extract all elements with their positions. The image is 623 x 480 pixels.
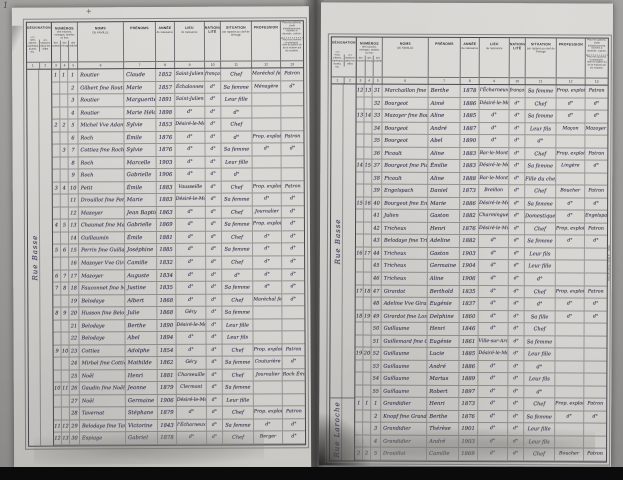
header-situation: SITUATION par rapport au chef de ménage … [221, 22, 252, 68]
cell-an: 1876 [157, 144, 176, 157]
cell-prof [555, 361, 584, 374]
cell-pos [584, 436, 606, 449]
cell-m: 12 [357, 85, 365, 98]
cell-pos: Patron [584, 399, 606, 412]
cell-m [356, 135, 364, 148]
cell-lieu: l'Écharneux [177, 420, 207, 433]
cell-lieu: Charseuille [177, 370, 207, 383]
cell-n: 43 [372, 235, 382, 248]
cell-nat: d° [508, 348, 524, 361]
cell-pos: d° [282, 294, 304, 307]
cell-prof: d° [253, 244, 282, 257]
cell-pos: d° [585, 299, 607, 312]
cell-nom: Cottiez [80, 345, 126, 358]
cell-pre: Abel [428, 135, 460, 148]
cell-an: 1890 [460, 135, 479, 148]
cell-lieu: d° [479, 135, 509, 148]
cell-h [61, 232, 69, 245]
cell-pre: Aline [428, 173, 460, 186]
cell-m [355, 360, 363, 373]
cell-lieu: Désiré-le-Mont [176, 319, 206, 332]
cell-m [355, 373, 363, 386]
page-marker-left: 1 [3, 1, 8, 10]
cell-m [53, 333, 61, 346]
cell-n: 49 [372, 310, 382, 323]
cell-pos [281, 118, 303, 131]
cell-prof [555, 386, 584, 399]
cell-prof: Maçon [556, 123, 585, 136]
cell-n: 9 [69, 170, 79, 183]
cell-h: 14 [364, 110, 372, 123]
cell-m [53, 170, 61, 183]
cell-an: 1873 [460, 185, 479, 198]
cell-nom: Belodaye fme Tavernat [80, 420, 126, 433]
cell-m [356, 260, 364, 273]
cell-nat: d° [508, 411, 524, 424]
cell-an: 1876 [156, 132, 175, 145]
cell-lieu: d° [479, 248, 509, 261]
census-row: 121330EspiageGabriel1878d°d°ChefBergerd° [54, 432, 305, 446]
cell-nat: d° [205, 119, 221, 132]
cell-lieu: d° [479, 260, 509, 273]
lieu-sub: de naissance [480, 47, 509, 50]
cell-an: 1854 [158, 345, 177, 358]
cell-m [356, 210, 364, 223]
cell-nom: Guillaume [381, 373, 427, 386]
cell-prof: Berger [254, 432, 283, 445]
cell-lieu: Désiré-le-Mont [479, 198, 509, 211]
cell-pre: Émilie [428, 160, 460, 173]
cell-pre: Daniel [428, 185, 460, 198]
cell-h: 4 [61, 182, 69, 195]
census-row: 192052GuillaumeLucie1885Désiré-le-Montd°… [355, 348, 606, 362]
census-row: 111GrandidierHenri1873d°d°ChefProp. expl… [355, 398, 606, 412]
cell-an: 1869 [157, 219, 176, 232]
cell-an: 1890 [157, 320, 176, 333]
cell-nom: Noël [80, 370, 126, 383]
census-page-left: DÉSIGNATION des rues, places, hameaux, é… [12, 6, 311, 469]
cell-nom: Picault [382, 172, 428, 185]
cell-nom: Girardot fme Longbout [382, 310, 428, 323]
cell-lieu: Échalonnes [175, 81, 205, 94]
cell-nom: Perrin fme Guillaumin [79, 245, 125, 258]
cell-an: 1846 [460, 323, 479, 336]
cell-sit: Sa femme [525, 336, 556, 349]
cell-lieu: d° [177, 344, 207, 357]
cell-sit: d° [524, 361, 555, 374]
cell-nat: d° [207, 432, 223, 445]
cell-pre: Aline [428, 110, 460, 123]
cell-an: 1832 [157, 257, 176, 270]
census-row: 48Adeline Vve GirardotEugénie1837d°d°d°d… [356, 298, 607, 312]
cell-nom: Guillaume [381, 385, 427, 398]
cell-prof [252, 106, 281, 119]
cell-sit: Chef [223, 344, 254, 357]
cell-lieu: d° [176, 207, 206, 220]
cell-an: 1881 [158, 370, 177, 383]
cell-an: 1861 [460, 336, 479, 349]
cell-pre: Germaine [428, 260, 460, 273]
cell-nat: française [510, 85, 526, 98]
census-row: 35BourgeotAbel1890d°d°d° [356, 135, 607, 149]
cell-n: 12 [69, 207, 79, 220]
cell-prof: Prop. exploitant [556, 148, 585, 161]
cell-prof [556, 336, 585, 349]
cell-m [356, 185, 364, 198]
col-number: 9 [175, 61, 204, 68]
census-row: 53GuillaumeAndré1886d°d°d° [355, 360, 606, 374]
cell-pos [585, 324, 607, 337]
cell-m [53, 257, 61, 270]
cell-h: 3 [61, 145, 69, 158]
cell-pre: Julie [125, 307, 157, 320]
annee-sub: de naissance [461, 47, 479, 50]
cell-an: 1891 [156, 94, 175, 107]
col-number: 13 [281, 60, 303, 67]
cell-pos: d° [585, 111, 607, 124]
cell-nom: Michel Vve Adam [78, 119, 124, 132]
cell-nom: Husson fme Belodaye [79, 307, 125, 320]
cell-n: 39 [372, 185, 382, 198]
cell-an: 1882 [460, 235, 479, 248]
cell-n: 52 [371, 348, 381, 361]
cell-nom: Mazoyer [79, 270, 125, 283]
lieu-sub: de naissance [175, 31, 204, 34]
cell-an: 1857 [156, 81, 175, 94]
cell-lieu: l'Écharneux [480, 85, 510, 98]
annee-title: ANNÉE [461, 38, 479, 46]
cell-h: 5 [61, 220, 69, 233]
cell-pre: Gabrielle [125, 169, 157, 182]
cell-nom: Belodaye [79, 332, 125, 345]
cell-n: 15 [69, 245, 79, 258]
cell-an: 1882 [460, 210, 479, 223]
cell-h: 13 [62, 433, 70, 446]
cell-n: 16 [69, 257, 79, 270]
position-note-1: Pour les patrons, chefs d'établissement,… [586, 39, 608, 54]
cell-prof [555, 436, 584, 449]
cell-prof [556, 136, 585, 149]
cell-pre: Henri [428, 223, 460, 236]
col-number: 5 [69, 61, 77, 68]
cell-sit: Sa femme [223, 419, 254, 432]
profession-title: PROFESSION [557, 38, 585, 46]
cell-m [53, 295, 61, 308]
cell-lieu: d° [176, 244, 206, 257]
cell-nom: Bourgeot fme Picault [382, 160, 428, 173]
census-row: 121331Marchaillon fme EspiageBerthe1878l… [357, 85, 608, 99]
cell-an: 1889 [459, 373, 478, 386]
cell-prof: Prop. exploitant [253, 181, 282, 194]
cell-lieu: Désiré-le-Mont [480, 98, 510, 111]
cell-n: 44 [372, 247, 382, 260]
cell-prof [253, 332, 282, 345]
cell-pre: Marius [427, 373, 459, 386]
col-number: 13 [586, 78, 608, 85]
cell-h [364, 210, 372, 223]
cell-m [52, 82, 60, 95]
cell-nom: Bourgeot [383, 97, 429, 110]
cell-pre: Aline [428, 147, 460, 160]
cell-nom: Belodaye [79, 295, 125, 308]
col-number: 1 [332, 77, 344, 83]
cell-nat: d° [206, 257, 222, 270]
col-number: 3 [357, 77, 365, 84]
cell-prof: d° [253, 231, 282, 244]
col-number: 4 [365, 77, 373, 84]
cell-nat: d° [509, 248, 525, 261]
header-lieu: LIEU de naissance 9 [175, 22, 205, 68]
cell-sit: Chef [221, 69, 252, 82]
cell-sit: Leur fille [221, 94, 252, 107]
cell-nom: Julien [382, 210, 428, 223]
cell-an: 1885 [459, 348, 478, 361]
cell-prof: d° [556, 211, 585, 224]
cell-lieu: Géry [177, 357, 207, 370]
cell-h [364, 185, 372, 198]
cell-pre: André [427, 361, 459, 374]
cell-pos: Roch Émile [283, 369, 305, 382]
cell-an: 1901 [459, 423, 478, 436]
cell-nom: Mirbel fme Cottiez [80, 357, 126, 370]
cell-pos: d° [586, 98, 608, 111]
cell-m: 11 [54, 420, 62, 433]
cell-pre: Marcelle [125, 157, 157, 170]
cell-nom: Roch [79, 169, 125, 182]
cell-pre: Adolphe [126, 345, 158, 358]
cell-prof: Journalier [253, 206, 282, 219]
cell-pos: Patron [585, 186, 607, 199]
cell-lieu: d° [176, 169, 206, 182]
cell-lieu: d° [175, 106, 205, 119]
cell-sit: d° [525, 298, 556, 311]
cell-m [53, 207, 61, 220]
cell-sit: d° [525, 135, 556, 148]
cell-nat: d° [206, 282, 222, 295]
cell-m [53, 145, 61, 158]
cell-an: 1852 [156, 69, 175, 82]
census-row: 42TricheuxHenri1876Désiré-le-Montd°ChefP… [356, 222, 607, 236]
cell-lieu: d° [176, 282, 206, 295]
cell-pos: d° [282, 231, 304, 244]
street-label: Rue Basse [334, 218, 342, 264]
cell-h [364, 147, 372, 160]
cell-nat: d° [207, 420, 223, 433]
cell-h: 2 [60, 120, 68, 133]
cell-an: 1906 [460, 273, 479, 286]
col-number: 8 [156, 61, 174, 68]
cell-nat: d° [509, 311, 525, 324]
cell-lieu: d° [479, 298, 509, 311]
cell-sit: Leur fille [222, 156, 253, 169]
census-row: 2Knopf fme GrandidierBerthe1876d°d°Sa fe… [355, 410, 606, 424]
cell-h: 9 [61, 308, 69, 321]
annee-sub: de naissance [156, 31, 174, 34]
cell-m [356, 222, 364, 235]
cell-h [364, 335, 372, 348]
cell-nat: d° [205, 106, 221, 119]
table-header: NUMÉROS des maisons, ménages, familles o… [357, 38, 608, 86]
cell-h: 13 [365, 85, 373, 98]
cell-prof [252, 93, 281, 106]
cell-lieu: d° [478, 448, 508, 461]
cell-pre: Berthe [427, 411, 459, 424]
cell-lieu: Désiré-le-Mont [479, 160, 509, 173]
cell-pos [283, 382, 305, 395]
census-row: 50GuillaumeHenri1846d°d°Chef [356, 323, 607, 337]
cell-sit: Sa femme [525, 110, 556, 123]
cell-prof: Prop. exploitant [254, 344, 283, 357]
cell-lieu: d° [479, 323, 509, 336]
cell-an: 1887 [460, 123, 479, 136]
cell-n: 54 [371, 373, 381, 386]
cell-lieu: d° [479, 311, 509, 324]
cell-pre: Lucie [427, 348, 459, 361]
cell-pos [584, 374, 606, 387]
cell-n: 50 [372, 323, 382, 336]
cell-nom: Bourgeot [382, 122, 428, 135]
cell-n: 35 [372, 135, 382, 148]
cell-an: 1868 [157, 294, 176, 307]
cell-h: 8 [61, 283, 69, 296]
cell-prof: Journalier [254, 369, 283, 382]
cell-h [61, 195, 69, 208]
numeros-title: NUMÉROS [357, 38, 382, 46]
col-number: 1 [27, 63, 39, 69]
cell-lieu: d° [176, 156, 206, 169]
cell-lieu: d° [478, 423, 508, 436]
cell-nat: d° [509, 286, 525, 299]
cell-nat: d° [509, 298, 525, 311]
cell-m [52, 132, 60, 145]
cell-m [356, 235, 364, 248]
cell-an: 1883 [460, 160, 479, 173]
cell-nom: Bourgeot [382, 135, 428, 148]
cell-nom: Roch [78, 132, 124, 145]
cell-pre: Jean Baptiste [125, 207, 157, 220]
cell-nom: Drouillot fme Petit [79, 195, 125, 208]
cell-lieu: d° [176, 332, 206, 345]
cell-prof: Boucher [555, 449, 584, 462]
cell-nom: Routier [78, 107, 124, 120]
cell-an: 1879 [158, 382, 177, 395]
cell-pre: Émile [124, 132, 156, 145]
census-row: 32BourgeotAimé1886Désiré-le-Montd°Chefd°… [357, 97, 608, 111]
cell-nom: Girardot [382, 285, 428, 298]
cell-nat: d° [509, 185, 525, 198]
cell-an: 1898 [156, 107, 175, 120]
cell-nat: d° [206, 319, 222, 332]
cell-prof [555, 424, 584, 437]
cell-nat: d° [508, 424, 524, 437]
header-noms: NOMS DE FAMILLE 6 [383, 38, 429, 84]
cell-sit: Sa femme [222, 219, 253, 232]
cell-nom: Grandidier [381, 436, 427, 449]
cell-m [356, 172, 364, 185]
cell-h [364, 135, 372, 148]
noms-title: NOMS [78, 22, 123, 30]
position-note-1: Pour les patrons, chefs d'établissement,… [281, 21, 303, 36]
cell-nat: d° [206, 307, 222, 320]
designation-sub-streets: des rues, places, hameaux, écarts, etc. [27, 37, 39, 55]
cell-an: 1904 [460, 260, 479, 273]
header-nationalite: NATIONA- LITÉ 10 [510, 38, 526, 84]
cell-sit: Fille du chef [525, 173, 556, 186]
cell-lieu: d° [176, 232, 206, 245]
cell-lieu: d° [176, 219, 206, 232]
cell-sit: Leur fils [222, 332, 253, 345]
header-profession: PROFESSION 12 [557, 38, 586, 84]
cell-prof: Prop. exploitant [555, 399, 584, 412]
cell-nat: d° [205, 81, 221, 94]
col-number: 3 [52, 62, 60, 69]
nationalite-title: NATIONA- LITÉ [510, 38, 525, 50]
cell-nom: Guillaume [382, 323, 428, 336]
cell-m: 7 [53, 283, 61, 296]
cell-n: 10 [69, 182, 79, 195]
cell-an: 1906 [157, 169, 176, 182]
census-page-right: DÉSIGNATION des rues, places, hameaux, é… [319, 2, 613, 466]
census-row: 38PicaultAline1888Bar-le-Montd°Fille du … [356, 172, 607, 186]
cell-pos: Patron [281, 68, 303, 81]
cell-pre: André [427, 436, 459, 449]
cell-prof [254, 382, 283, 395]
col-number: 10 [205, 61, 220, 68]
cell-an: 1862 [158, 357, 177, 370]
cell-lieu: d° [177, 432, 207, 445]
cell-pos: d° [585, 311, 607, 324]
cell-sit: Leur fils [524, 373, 555, 386]
cell-lieu: Breillon [479, 185, 509, 198]
printer-imprint: Imp. administrative [607, 244, 611, 281]
cell-m: 8 [53, 308, 61, 321]
cell-prof [253, 306, 282, 319]
cell-pos [282, 306, 304, 319]
cell-pos: d° [282, 256, 304, 269]
cell-pos: Mazoyer Aug. [585, 123, 607, 136]
col-number: 5 [374, 77, 382, 84]
cell-pre: Henri [428, 323, 460, 336]
cell-h [62, 408, 70, 421]
cell-an: 1879 [158, 407, 177, 420]
cell-pre: Gabrielle [125, 219, 157, 232]
cell-nat: d° [205, 94, 221, 107]
cell-an: 1853 [156, 119, 175, 132]
cell-sit: Sa femme [525, 160, 556, 173]
cell-lieu: d° [175, 131, 205, 144]
cell-an: 1881 [157, 232, 176, 245]
cell-sit: Chef [222, 231, 253, 244]
cell-m: 17 [356, 285, 364, 298]
cell-pre: Émile [125, 182, 157, 195]
cell-pre: Henri [427, 398, 459, 411]
cell-n: 30 [70, 433, 80, 446]
cell-prof [556, 261, 585, 274]
cell-sit: d° [222, 169, 253, 182]
cell-sit: Chef [524, 399, 555, 412]
cell-prof [555, 349, 584, 362]
cell-nom: Mazoyer Vve Girard [79, 257, 125, 270]
cell-nom: Bourgeot fme Engelspach [382, 197, 428, 210]
cell-an: 1906 [158, 395, 177, 408]
cell-m: 2 [52, 120, 60, 133]
cell-lieu: d° [478, 398, 508, 411]
cell-n: 23 [70, 345, 80, 358]
census-row: 45TricheuxGermaine1904d°d°Leur fille [356, 260, 607, 274]
cell-n: 1 [68, 69, 78, 82]
cell-an: 1868 [157, 307, 176, 320]
cell-sit: Sa femme [223, 382, 254, 395]
